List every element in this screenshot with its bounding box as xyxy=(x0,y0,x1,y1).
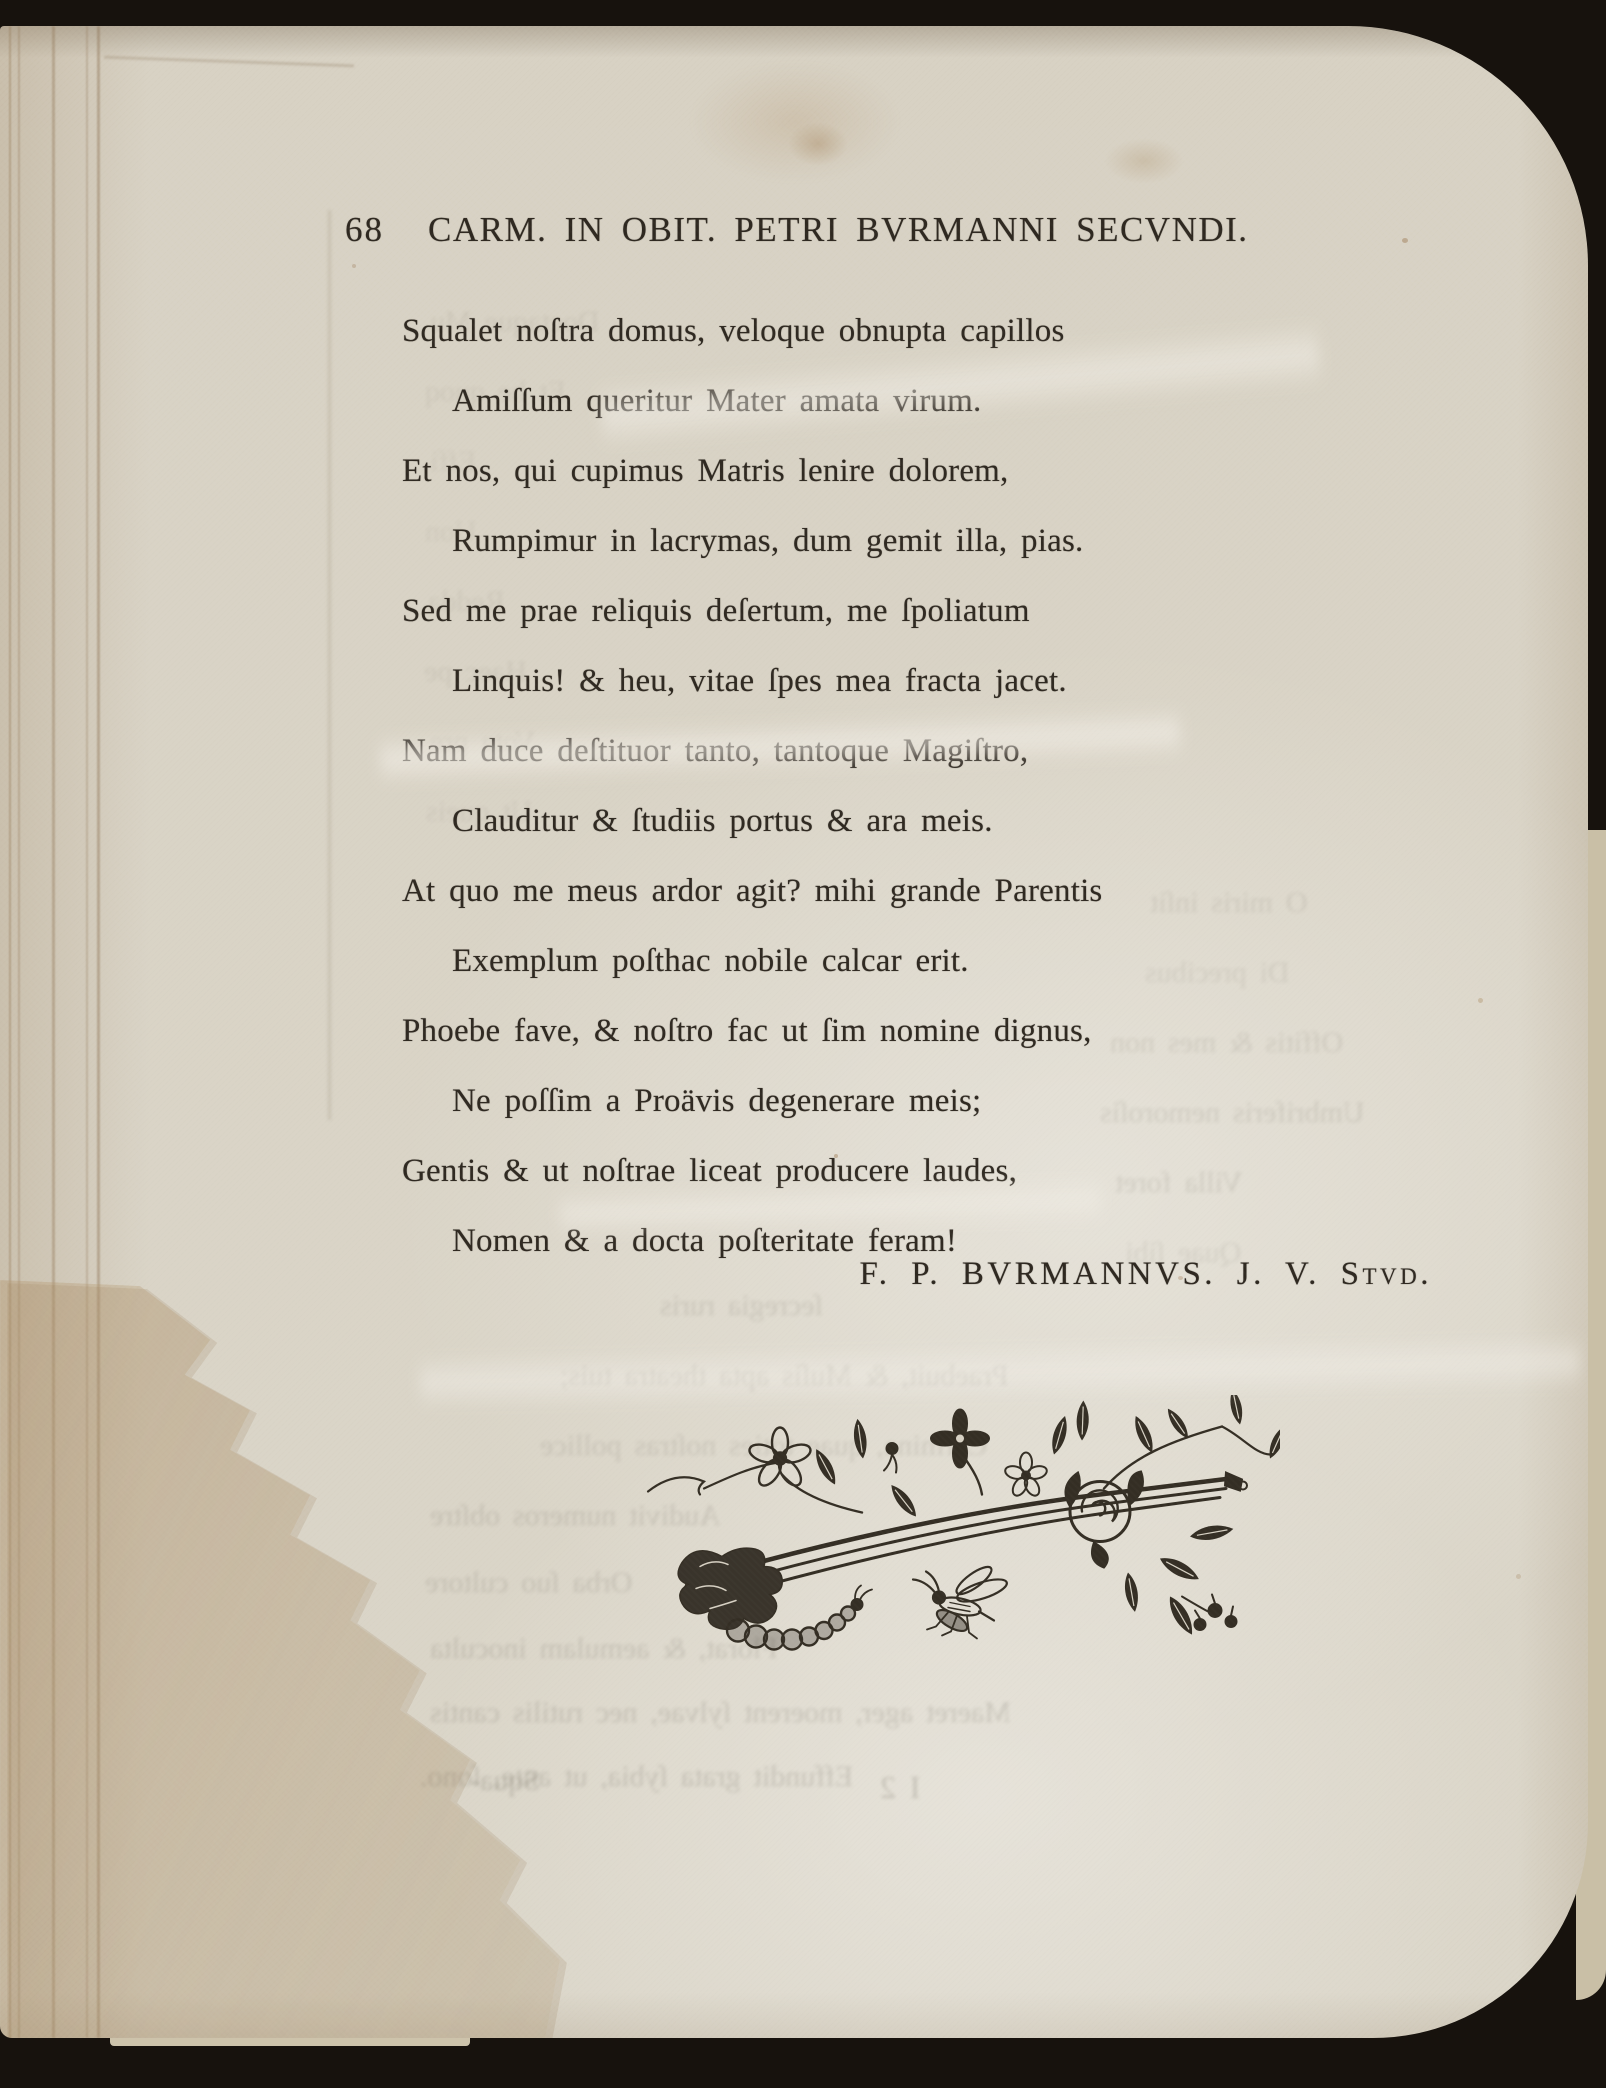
page-header: 68 CARM. IN OBIT. PETRI BVRMANNI SECVNDI… xyxy=(345,210,1249,250)
poem-line: Nam duce deſtituor tanto, tantoque Magiſ… xyxy=(402,716,1102,786)
poem-line: Exemplum poſthac nobile calcar erit. xyxy=(452,926,1102,996)
ghost-line: Umbriferis nemoroſis xyxy=(1100,1096,1365,1130)
ghost-line: Villa foret xyxy=(1115,1166,1243,1200)
running-title: CARM. IN OBIT. PETRI BVRMANNI SECVNDI. xyxy=(428,210,1249,250)
ghost-line: Maeret ager, moerent ſylvae, nec rutilis… xyxy=(430,1696,1011,1730)
poem-line: Squalet noſtra domus, veloque obnupta ca… xyxy=(402,296,1102,366)
poem-line: Rumpimur in lacrymas, dum gemit illa, pi… xyxy=(452,506,1102,576)
book-photo: Doctaque MuEt he quoqEffiUonReddaHaec pe… xyxy=(0,0,1606,2088)
book-page: Doctaque MuEt he quoqEffiUonReddaHaec pe… xyxy=(0,26,1588,2038)
author-signature: F. P. BVRMANNVS. J. V. Stvd. xyxy=(402,1256,1432,1293)
ghost-line: ſecregia ruris xyxy=(660,1289,823,1323)
paper-stain xyxy=(788,122,848,166)
ghost-line: O miris inſit xyxy=(1150,886,1307,920)
poem-text: Squalet noſtra domus, veloque obnupta ca… xyxy=(402,296,1102,1276)
poem-line: At quo me meus ardor agit? mihi grande P… xyxy=(402,856,1102,926)
floral-engraving-icon xyxy=(630,1395,1280,1653)
ghost-line: Praebuit, & Muſis apta theatra tuis; xyxy=(560,1359,1009,1393)
ghost-line: Offitis & mes non xyxy=(1110,1026,1343,1060)
ghost-line: I 2 xyxy=(880,1769,920,1806)
poem-line: Linquis! & heu, vitae ſpes mea fracta ja… xyxy=(452,646,1102,716)
floral-tailpiece-ornament xyxy=(630,1395,1280,1653)
ghost-line: Di precibus xyxy=(1145,956,1290,990)
ghost-line: Squa- xyxy=(470,1764,540,1798)
foxing-speck xyxy=(1402,238,1408,243)
poem-line: Gentis & ut noſtrae liceat producere lau… xyxy=(402,1136,1102,1206)
ghost-line: Effundit grata ſybia, ut ante, ſono. xyxy=(420,1760,853,1794)
foxing-speck xyxy=(1516,1574,1521,1579)
vertical-fold-crease xyxy=(328,210,331,1120)
poem-line: Et nos, qui cupimus Matris lenire dolore… xyxy=(402,436,1102,506)
poem-line: Phoebe fave, & noſtro fac ut ſim nomine … xyxy=(402,996,1102,1066)
ghost-line: Orba ſuo cultore xyxy=(425,1566,632,1600)
poem-line: Clauditur & ſtudiis portus & ara meis. xyxy=(452,786,1102,856)
poem-line: Amiſſum queritur Mater amata virum. xyxy=(452,366,1102,436)
paper-stain xyxy=(1104,138,1184,184)
poem-line: Ne poſſim a Proävis degenerare meis; xyxy=(452,1066,1102,1136)
page-number: 68 xyxy=(345,210,384,250)
poem-line: Sed me prae reliquis deſertum, me ſpolia… xyxy=(402,576,1102,646)
foxing-speck xyxy=(1478,998,1483,1003)
paper-stain xyxy=(690,62,900,182)
foxing-speck xyxy=(352,264,356,268)
top-crease-line xyxy=(104,56,354,68)
